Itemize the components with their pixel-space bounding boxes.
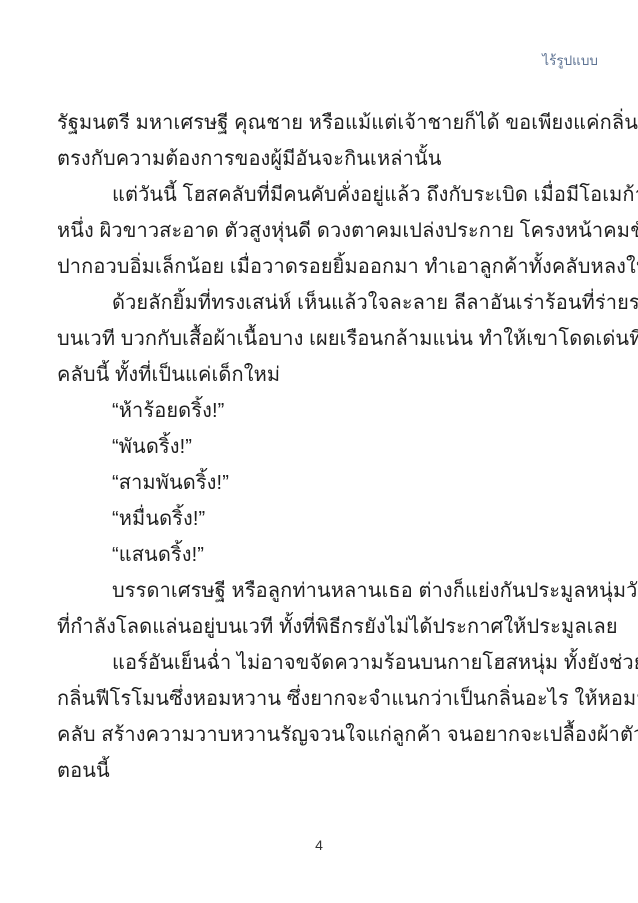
text-line: “สามพันดริ้ง!” [57, 465, 583, 501]
document-page: ไร้รูปแบบ รัฐมนตรี มหาเศรษฐี คุณชาย หรือ… [0, 0, 638, 903]
text-line: “ห้าร้อยดริ้ง!” [57, 393, 583, 429]
page-number: 4 [0, 836, 638, 854]
text-line: กลิ่นฟีโรโมนซึ่งหอมหวาน ซึ่งยากจะจำแนกว่… [57, 681, 583, 717]
text-line: “หมื่นดริ้ง!” [57, 501, 583, 537]
text-line: ที่กำลังโลดแล่นอยู่บนเวที ทั้งที่พิธีกรย… [57, 609, 583, 645]
text-line: “พันดริ้ง!” [57, 429, 583, 465]
text-line: แต่วันนี้ โฮสคลับที่มีคนคับคั่งอยู่แล้ว … [57, 177, 583, 213]
text-line: ตรงกับความต้องการของผู้มีอันจะกินเหล่านั… [57, 141, 583, 177]
watermark-label: ไร้รูปแบบ [542, 52, 598, 70]
text-line: รัฐมนตรี มหาเศรษฐี คุณชาย หรือแม้แต่เจ้า… [57, 105, 583, 141]
text-line: บรรดาเศรษฐี หรือลูกท่านหลานเธอ ต่างก็แย่… [57, 573, 583, 609]
text-line: คลับนี้ ทั้งที่เป็นแค่เด็กใหม่ [57, 357, 583, 393]
text-line: คลับ สร้างความวาบหวานรัญจวนใจแก่ลูกค้า จ… [57, 717, 583, 753]
text-line: ตอนนี้ [57, 753, 583, 789]
text-line: หนึ่ง ผิวขาวสะอาด ตัวสูงหุ่นดี ดวงตาคมเป… [57, 213, 583, 249]
text-line: ด้วยลักยิ้มที่ทรงเสน่ห์ เห็นแล้วใจละลาย … [57, 285, 583, 321]
text-line: “แสนดริ้ง!” [57, 537, 583, 573]
text-line: แอร์อันเย็นฉ่ำ ไม่อาจขจัดความร้อนบนกายโฮ… [57, 645, 583, 681]
text-line: บนเวที บวกกับเสื้อผ้าเนื้อบาง เผยเรือนกล… [57, 321, 583, 357]
text-line: ปากอวบอิ่มเล็กน้อย เมื่อวาดรอยยิ้มออกมา … [57, 249, 583, 285]
page-body: รัฐมนตรี มหาเศรษฐี คุณชาย หรือแม้แต่เจ้า… [57, 105, 583, 789]
